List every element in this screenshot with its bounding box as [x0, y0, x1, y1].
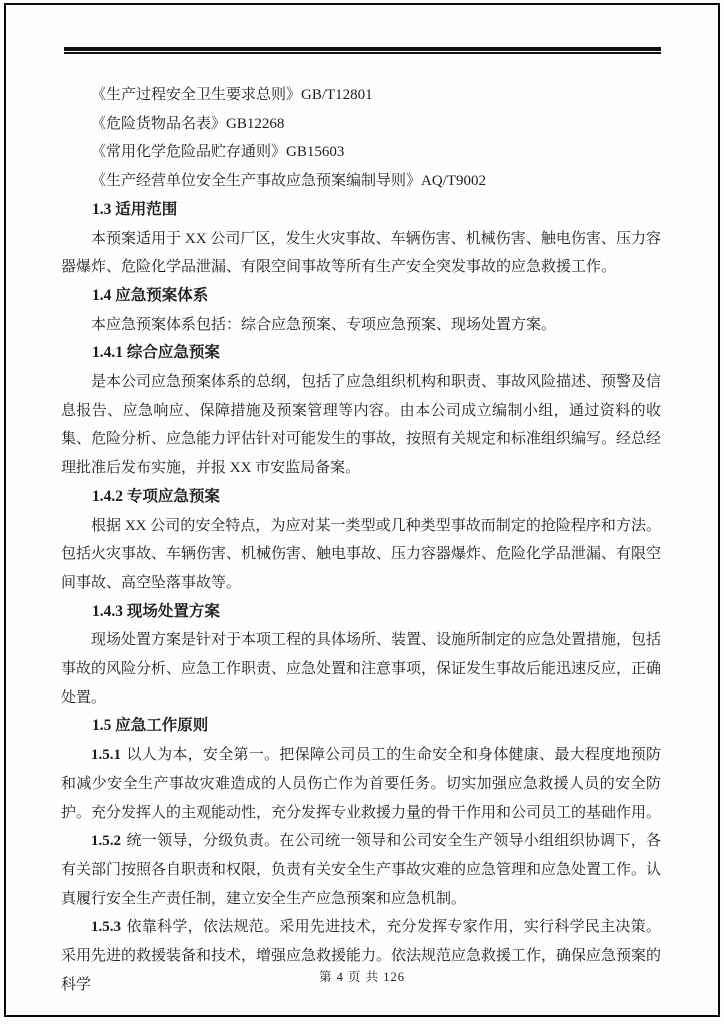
paragraph: 1.5.3依靠科学，依法规范。采用先进技术，充分发挥专家作用，实行科学民主决策。…	[61, 913, 661, 999]
paragraph: 1.5.2统一领导，分级负责。在公司统一领导和公司安全生产领导小组组织协调下，各…	[61, 827, 661, 913]
page-number: 第 4 页 共 126	[319, 970, 405, 984]
clause-text: 以人为本，安全第一。把保障公司员工的生命安全和身体健康、最大程度地预防和减少安全…	[61, 747, 661, 820]
paragraph: 本预案适用于 XX 公司厂区，发生火灾事故、车辆伤害、机械伤害、触电伤害、压力容…	[61, 225, 661, 282]
reference-item: 《生产过程安全卫生要求总则》GB/T12801	[61, 81, 661, 110]
document-body: 《生产过程安全卫生要求总则》GB/T12801 《危险货物品名表》GB12268…	[61, 81, 661, 1000]
page-footer: 第 4 页 共 126	[0, 967, 724, 985]
reference-item: 《危险货物品名表》GB12268	[61, 110, 661, 139]
clause-text: 统一领导，分级负责。在公司统一领导和公司安全生产领导小组组织协调下，各有关部门按…	[61, 833, 661, 906]
section-heading: 1.4.2 专项应急预案	[61, 483, 661, 512]
paragraph: 本应急预案体系包括：综合应急预案、专项应急预案、现场处置方案。	[61, 311, 661, 340]
reference-item: 《生产经营单位安全生产事故应急预案编制导则》AQ/T9002	[61, 167, 661, 196]
document-page: 《生产过程安全卫生要求总则》GB/T12801 《危险货物品名表》GB12268…	[0, 0, 724, 1024]
paragraph: 是本公司应急预案体系的总纲，包括了应急组织机构和职责、事故风险描述、预警及信息报…	[61, 368, 661, 483]
clause-number: 1.5.1	[91, 747, 121, 763]
reference-item: 《常用化学危险品贮存通则》GB15603	[61, 138, 661, 167]
clause-number: 1.5.3	[91, 919, 121, 935]
header-divider	[64, 47, 661, 54]
clause-number: 1.5.2	[91, 833, 121, 849]
section-heading: 1.4.3 现场处置方案	[61, 598, 661, 627]
section-heading: 1.4 应急预案体系	[61, 282, 661, 311]
paragraph: 现场处置方案是针对于本项工程的具体场所、装置、设施所制定的应急处置措施，包括事故…	[61, 626, 661, 712]
section-heading: 1.5 应急工作原则	[61, 712, 661, 741]
paragraph: 1.5.1以人为本，安全第一。把保障公司员工的生命安全和身体健康、最大程度地预防…	[61, 741, 661, 827]
section-heading: 1.3 适用范围	[61, 196, 661, 225]
section-heading: 1.4.1 综合应急预案	[61, 339, 661, 368]
paragraph: 根据 XX 公司的安全特点，为应对某一类型或几种类型事故而制定的抢险程序和方法。…	[61, 512, 661, 598]
